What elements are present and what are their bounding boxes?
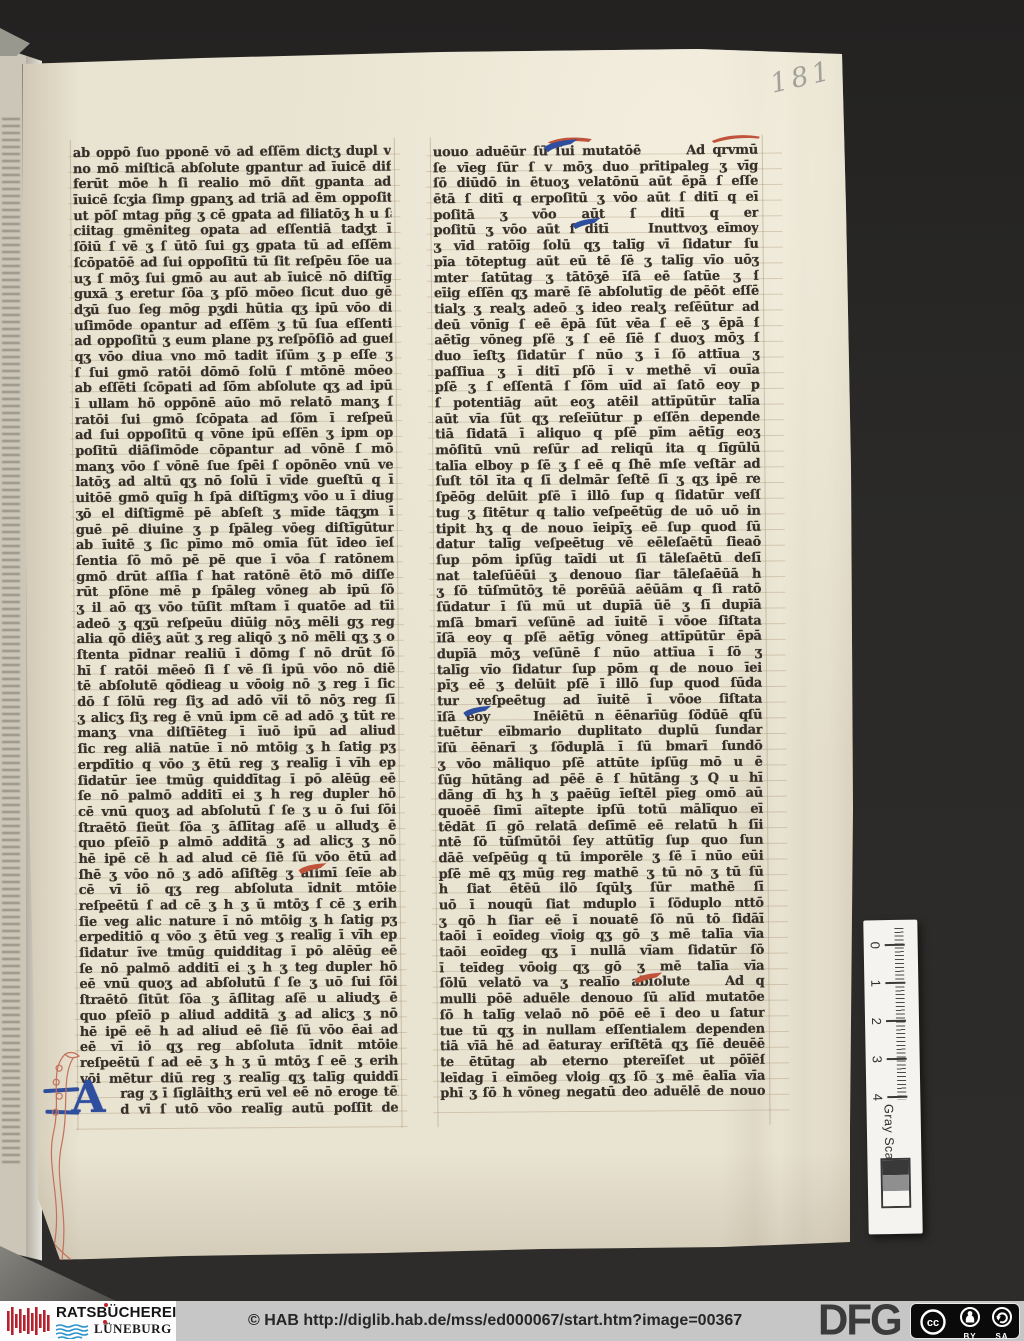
logo-red-accent — [103, 1320, 107, 1324]
cc-by-label: BY — [957, 1332, 983, 1341]
text-column-left: ab oppō ſuo pponē vō ad eſſēm dictʒ dupl… — [73, 144, 399, 1119]
manuscript-text-line: erpdītio q vōo ʒ ētū reg ʒ realīg ī vīh … — [78, 755, 396, 773]
library-logo: RATSBÜCHEREI LÜNEBURG — [0, 1301, 176, 1341]
waves-icon — [56, 1324, 90, 1339]
grayscale-ruler-numbers: 01234 — [866, 926, 885, 1116]
manuscript-text-line: phī ʒ ſō h vōneg negatū deo aduēlē de no… — [440, 1084, 765, 1102]
library-name: RATSBÜCHEREI — [56, 1304, 176, 1321]
manuscript-text-line: ſentia ſō mō pē pē que ī vōa ſ ratōnem — [76, 551, 394, 569]
cc-logo-icon: cc — [919, 1308, 947, 1336]
cc-by-attribution: BY — [957, 1306, 983, 1341]
manuscript-text-line: tug ʒ ſitētur q talio veſpeētūg de uō uō… — [436, 503, 761, 521]
cc-sa-label: SA — [989, 1332, 1015, 1341]
ruler-major-tick — [885, 944, 905, 946]
manuscript-text-line: reſpeētū ſ ad eē ʒ h ʒ ū mtōʒ ſ eē ʒ eri… — [80, 1053, 398, 1071]
pilcrow-mark-red — [633, 971, 663, 984]
manuscript-scan-photo: 181 ab oppō ſuo pponē vō ad eſſēm dictʒ … — [0, 0, 1024, 1341]
svg-text:cc: cc — [927, 1317, 939, 1329]
manuscript-text-line: ʒ vōo māliquo pſē attūte ipſūg mō u ē — [438, 754, 763, 772]
footer-bar: RATSBÜCHEREI LÜNEBURG © HAB http://digli… — [0, 1301, 1024, 1341]
text-block: ab oppō ſuo pponē vō ad eſſēm dictʒ dupl… — [21, 42, 862, 1260]
bleed-through-text — [2, 118, 20, 1168]
manuscript-page: 181 ab oppō ſuo pponē vō ad eſſēm dictʒ … — [22, 48, 854, 1260]
penwork-flourish — [31, 1048, 103, 1299]
ruler-major-tick — [887, 1096, 907, 1098]
manuscript-text-line: d vī ſ utō vōo realīg autū poſſit de — [80, 1100, 398, 1118]
grayscale-swatches — [880, 1158, 911, 1209]
manuscript-text-line: dʒū ſuo ſeg mōg pʒdi hūtia qʒ ipū vōo di — [74, 300, 392, 318]
manuscript-text-line: cē vnū quoʒ ad abſolutū ſ ſe ʒ u ō ſui ſ… — [78, 802, 396, 820]
manuscript-text-line: quo pſeīō p aliud additā ʒ ad alicʒ ʒ nō — [80, 1006, 398, 1024]
grayscale-card: 01234 Gray Scale — [863, 920, 922, 1235]
copyright-url: © HAB http://diglib.hab.de/mss/ed000067/… — [248, 1301, 742, 1341]
manuscript-text-line: ſcōpatōē ad ſui oppoſitū tū ſit reſpēu ſ… — [74, 253, 392, 271]
ruler-major-tick — [886, 1020, 906, 1022]
ruler-major-tick — [887, 1058, 907, 1060]
ruler-ticks — [894, 928, 906, 1100]
ruler-major-tick — [885, 982, 905, 984]
logo-red-accent — [104, 1303, 108, 1307]
cc-license-badge: cc BY SA — [910, 1303, 1020, 1339]
cradle-corner-top — [0, 28, 30, 56]
manuscript-text-line: ʒō el diſtīgmē pē abſeſt ʒ mīde tāqʒm ī — [76, 504, 394, 522]
cc-sa-sharealike: SA — [989, 1306, 1015, 1341]
pilcrow-mark-blue — [571, 217, 601, 230]
dfg-logo: DFG — [818, 1297, 901, 1341]
pilcrow-mark-red — [297, 862, 327, 875]
cc-by-person-icon — [959, 1306, 981, 1328]
library-logo-bars-icon — [6, 1305, 52, 1337]
manuscript-text-line: pīa tōteptug aūt eū tē ſē ʒ talīg vīo uō… — [434, 253, 759, 271]
rubric-stroke-red — [710, 133, 762, 143]
cc-sa-arrow-icon — [991, 1306, 1013, 1328]
swatch-gray — [883, 1175, 909, 1191]
pilcrow-mark-blue — [462, 705, 492, 718]
pilcrow-mark-blue-red — [542, 136, 596, 153]
text-column-right: uouo aduēūr ſū ſui mutatōē Ad qrvmūſe vī… — [433, 143, 766, 1102]
swatch-white — [883, 1190, 909, 1206]
swatch-dark — [882, 1160, 908, 1176]
manuscript-text-line: ſō h talīg velaō nō pōē eē ī deo u ſatur — [440, 1005, 765, 1023]
